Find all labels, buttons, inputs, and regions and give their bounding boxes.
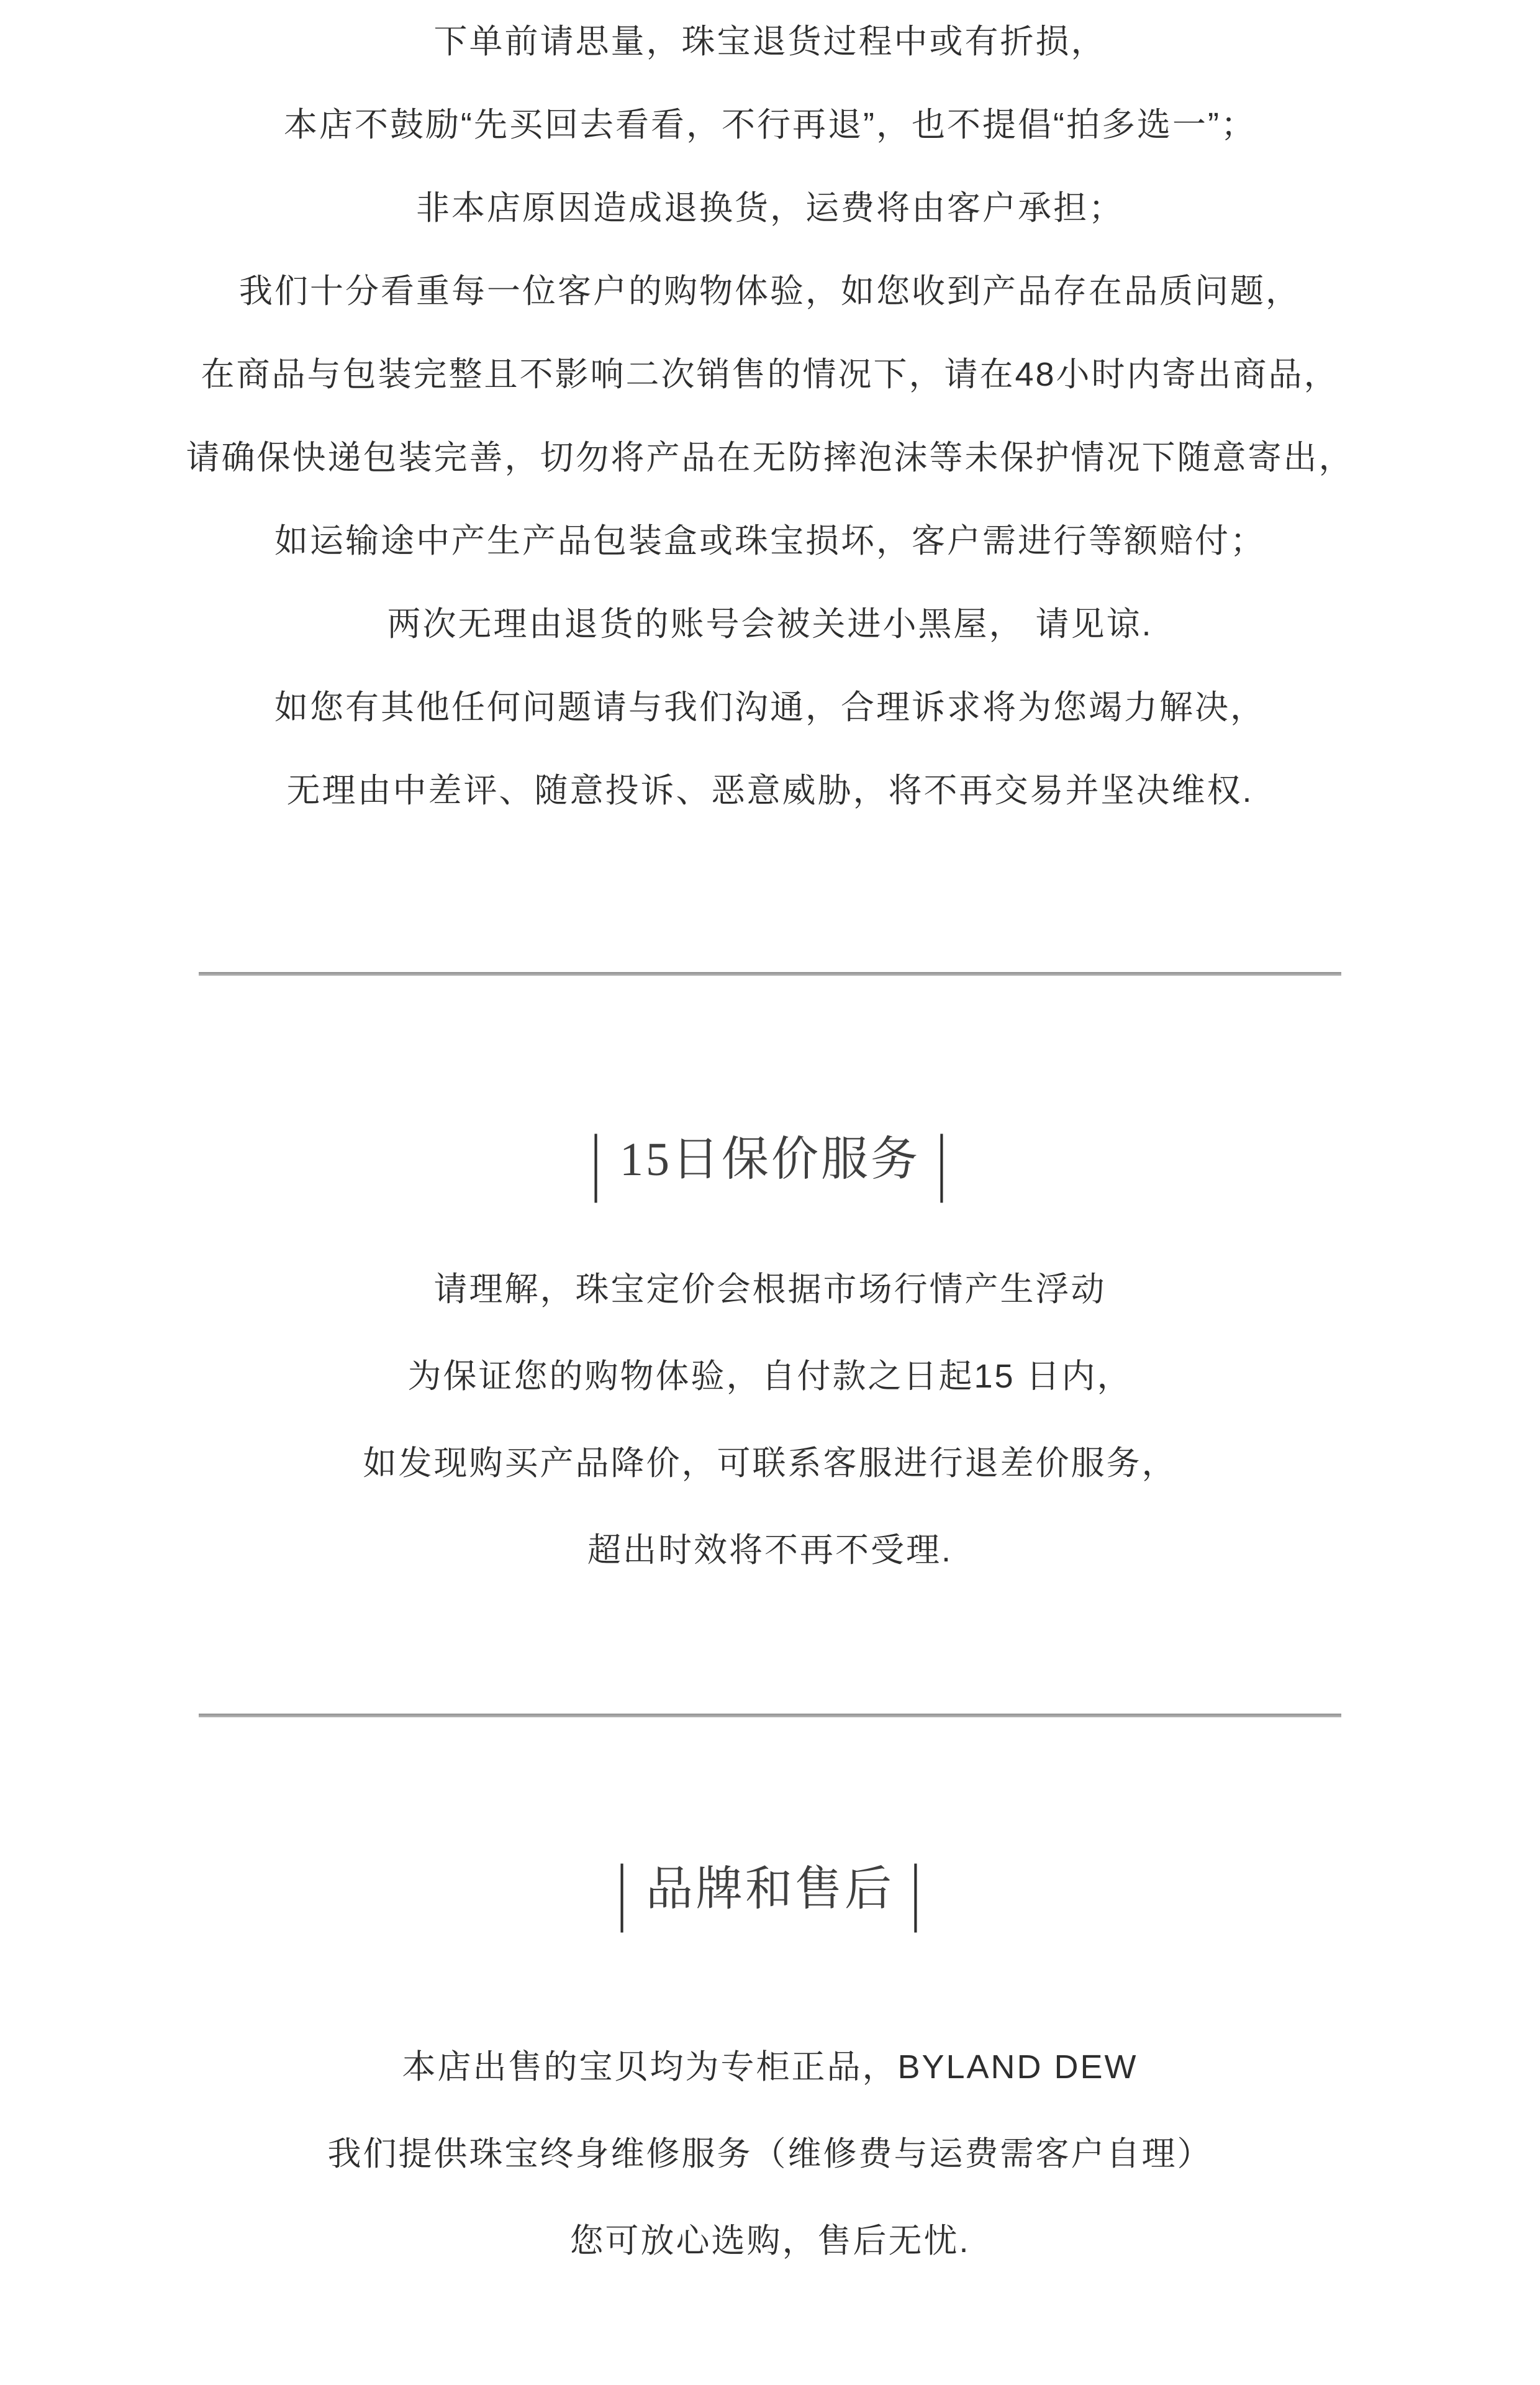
- brand-aftersales-line: 本店出售的宝贝均为专柜正品，BYLAND DEW: [0, 2024, 1540, 2110]
- section-divider: [199, 1714, 1341, 1717]
- price-protection-line: 为保证您的购物体验，自付款之日起15 日内，: [0, 1333, 1540, 1420]
- price-protection-line: 超出时效将不再不受理.: [0, 1507, 1540, 1594]
- policy-line: 下单前请思量，珠宝退货过程中或有折损，: [0, 0, 1540, 83]
- price-protection-text: 请理解，珠宝定价会根据市场行情产生浮动 为保证您的购物体验，自付款之日起15 日…: [0, 1246, 1540, 1594]
- product-description-page: 下单前请思量，珠宝退货过程中或有折损， 本店不鼓励“先买回去看看，不行再退”，也…: [0, 0, 1540, 2385]
- policy-line: 如运输途中产生产品包装盒或珠宝损坏，客户需进行等额赔付；: [0, 499, 1540, 583]
- heading-right-bar: |: [910, 1815, 923, 1969]
- policy-line: 本店不鼓励“先买回去看看，不行再退”，也不提倡“拍多选一”；: [0, 83, 1540, 166]
- heading-left-bar: |: [591, 1086, 604, 1239]
- return-policy-section: 下单前请思量，珠宝退货过程中或有折损， 本店不鼓励“先买回去看看，不行再退”，也…: [0, 0, 1540, 832]
- brand-aftersales-line: 我们提供珠宝终身维修服务（维修费与运费需客户自理）: [0, 2110, 1540, 2197]
- policy-line: 请确保快递包装完善，切勿将产品在无防摔泡沫等未保护情况下随意寄出，: [0, 416, 1540, 499]
- price-protection-line: 如发现购买产品降价，可联系客服进行退差价服务，: [0, 1420, 1540, 1507]
- brand-aftersales-heading: |品牌和售后|: [0, 1837, 1540, 1942]
- price-protection-line: 请理解，珠宝定价会根据市场行情产生浮动: [0, 1246, 1540, 1333]
- policy-line: 非本店原因造成退换货，运费将由客户承担；: [0, 166, 1540, 250]
- policy-line: 在商品与包装完整且不影响二次销售的情况下，请在48小时内寄出商品，: [0, 333, 1540, 416]
- price-protection-heading-title: 15日保价服务: [620, 1133, 920, 1186]
- heading-left-bar: |: [617, 1815, 630, 1969]
- price-protection-heading: |15日保价服务|: [0, 1107, 1540, 1212]
- policy-line: 我们十分看重每一位客户的购物体验，如您收到产品存在品质问题，: [0, 250, 1540, 333]
- brand-aftersales-text: 本店出售的宝贝均为专柜正品，BYLAND DEW 我们提供珠宝终身维修服务（维修…: [0, 2024, 1540, 2284]
- policy-line: 如您有其他任何问题请与我们沟通，合理诉求将为您竭力解决，: [0, 666, 1540, 749]
- section-divider: [199, 972, 1341, 976]
- brand-aftersales-heading-title: 品牌和售后: [646, 1863, 894, 1915]
- heading-right-bar: |: [936, 1086, 949, 1239]
- policy-line: 两次无理由退货的账号会被关进小黑屋， 请见谅.: [0, 583, 1540, 666]
- brand-aftersales-line: 您可放心选购，售后无忧.: [0, 2197, 1540, 2284]
- policy-line: 无理由中差评、随意投诉、恶意威胁，将不再交易并坚决维权.: [0, 749, 1540, 832]
